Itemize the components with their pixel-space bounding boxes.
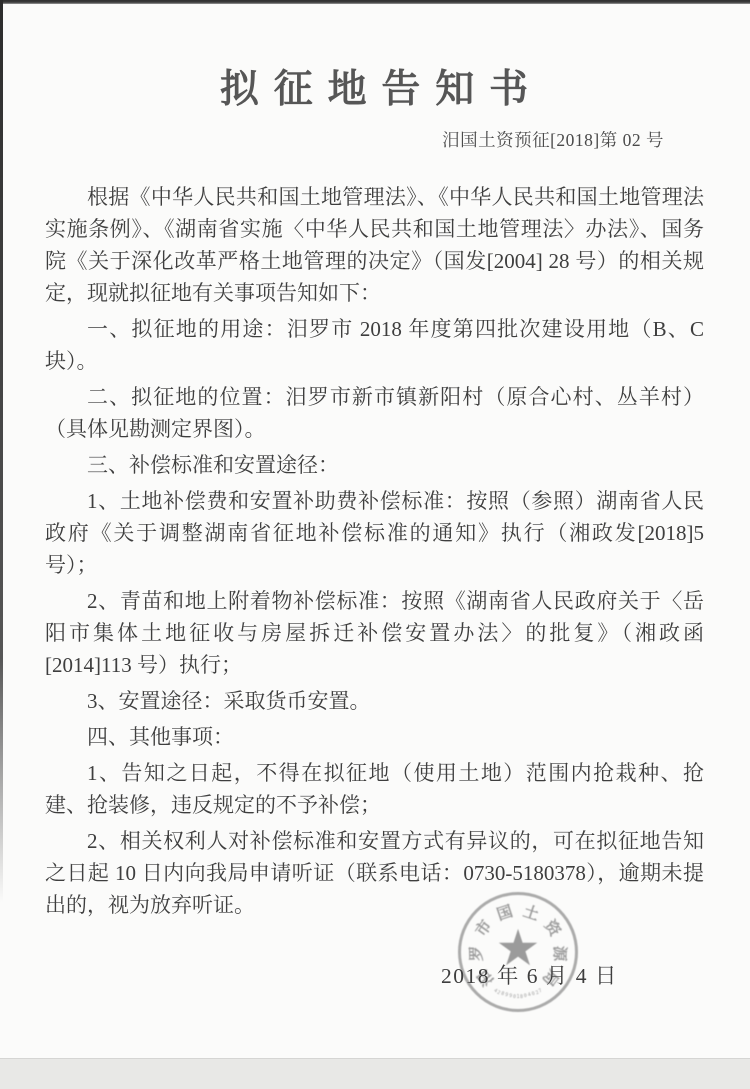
scanned-document-page: 拟 征 地 告 知 书 汨国土资预征[2018]第 02 号 根据《中华人民共和… bbox=[0, 0, 750, 1089]
document-title: 拟 征 地 告 知 书 bbox=[0, 66, 750, 114]
scan-edge-top bbox=[0, 0, 750, 4]
body-paragraph: 2、相关权利人对补偿标准和安置方式有异议的，可在拟征地告知之日起 10 日内向我… bbox=[45, 825, 704, 921]
body-paragraph: 1、告知之日起，不得在拟征地（使用土地）范围内抢栽种、抢建、抢装修，违反规定的不… bbox=[45, 757, 704, 821]
body-paragraph: 2、青苗和地上附着物补偿标准：按照《湖南省人民政府关于〈岳阳市集体土地征收与房屋… bbox=[45, 585, 704, 681]
body-paragraph: 3、安置途径：采取货币安置。 bbox=[45, 685, 704, 717]
document-number: 汨国土资预征[2018]第 02 号 bbox=[442, 127, 664, 152]
scan-bottom-band bbox=[0, 1058, 750, 1089]
body-paragraph: 根据《中华人民共和国土地管理法》、《中华人民共和国土地管理法实施条例》、《湖南省… bbox=[45, 181, 704, 309]
official-seal: ★ 汨罗市国土资源局4289901804027 bbox=[458, 892, 578, 1012]
body-paragraph: 一、拟征地的用途：汨罗市 2018 年度第四批次建设用地（B、C 块）。 bbox=[45, 313, 704, 377]
body-paragraph: 二、拟征地的位置：汨罗市新市镇新阳村（原合心村、丛羊村）（具体见勘测定界图）。 bbox=[45, 381, 704, 445]
body-paragraph: 1、土地补偿费和安置补助费补偿标准：按照（参照）湖南省人民政府《关于调整湖南省征… bbox=[45, 485, 704, 581]
document-body: 根据《中华人民共和国土地管理法》、《中华人民共和国土地管理法实施条例》、《湖南省… bbox=[45, 181, 704, 925]
body-paragraph: 四、其他事项： bbox=[45, 721, 704, 753]
body-paragraph: 三、补偿标准和安置途径： bbox=[45, 449, 704, 481]
scan-edge-left bbox=[0, 0, 3, 940]
document-date: 2018 年 6 月 4 日 bbox=[441, 959, 618, 990]
